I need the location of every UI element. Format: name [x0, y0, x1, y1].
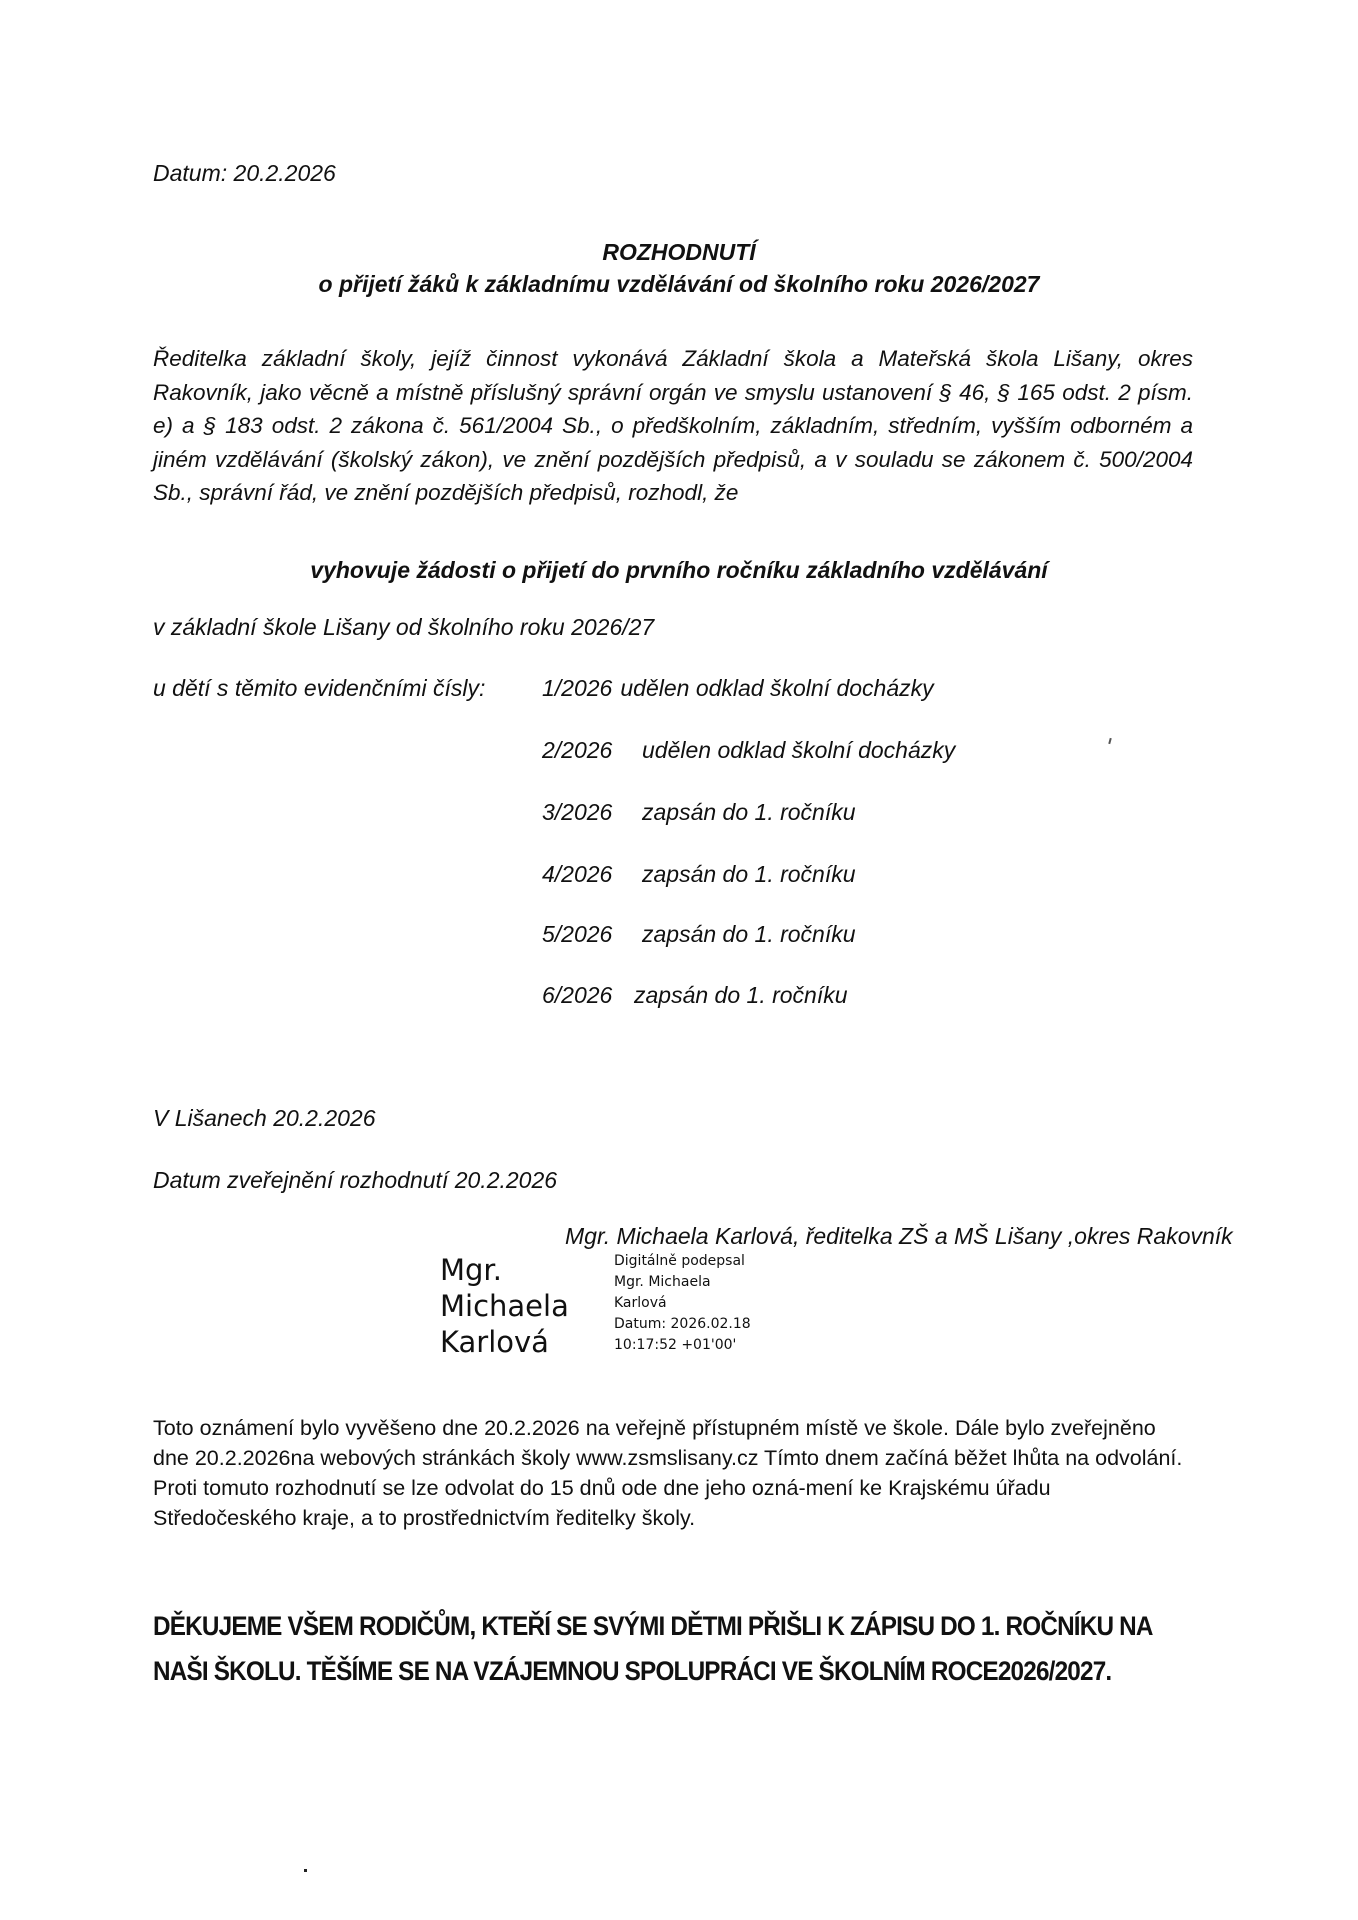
evidence-number: 4/2026: [542, 861, 642, 888]
entry-status: udělen odklad školní docházky: [620, 675, 933, 701]
thanks-message: DĚKUJEME VŠEM RODIČŮM, KTEŘÍ SE SVÝMI DĚ…: [153, 1604, 1197, 1694]
signature-name-line: Karlová: [440, 1324, 569, 1360]
evidence-number: 1/2026: [542, 675, 612, 702]
child-entry: 4/2026zapsán do 1. ročníku: [542, 861, 856, 888]
signature-name: Mgr. Michaela Karlová: [440, 1252, 569, 1360]
child-entry: 1/2026udělen odklad školní docházky: [542, 675, 934, 702]
entry-status: zapsán do 1. ročníku: [642, 799, 856, 825]
document-subtitle: o přijetí žáků k základnímu vzdělávání o…: [140, 271, 1218, 298]
decision-statement: vyhovuje žádosti o přijetí do prvního ro…: [140, 557, 1218, 584]
document-title: ROZHODNUTÍ: [0, 239, 1358, 266]
place-date: V Lišanech 20.2.2026: [153, 1105, 376, 1132]
entry-status: zapsán do 1. ročníku: [642, 921, 856, 947]
intro-paragraph: Ředitelka základní školy, jejíž činnost …: [153, 342, 1193, 510]
child-entry: 2/2026udělen odklad školní docházky: [542, 737, 955, 764]
scan-speck: [304, 1869, 307, 1872]
evidence-number: 2/2026: [542, 737, 642, 764]
school-line: v základní škole Lišany od školního roku…: [153, 614, 654, 641]
publication-date: Datum zveřejnění rozhodnutí 20.2.2026: [153, 1167, 557, 1194]
signature-detail-line: Datum: 2026.02.18: [614, 1314, 751, 1335]
child-entry: 6/2026zapsán do 1. ročníku: [542, 982, 848, 1009]
signature-name-line: Mgr.: [440, 1252, 569, 1288]
entry-status: udělen odklad školní docházky: [642, 737, 955, 763]
signature-detail-line: Digitálně podepsal: [614, 1251, 751, 1272]
notice-paragraph: Toto oznámení bylo vyvěšeno dne 20.2.202…: [153, 1413, 1193, 1533]
scan-mark: [1108, 738, 1111, 744]
child-entry: 5/2026zapsán do 1. ročníku: [542, 921, 856, 948]
entry-status: zapsán do 1. ročníku: [642, 861, 856, 887]
signature-name-line: Michaela: [440, 1288, 569, 1324]
evidence-number: 5/2026: [542, 921, 642, 948]
signature-details: Digitálně podepsal Mgr. Michaela Karlová…: [614, 1251, 751, 1356]
entry-status: zapsán do 1. ročníku: [634, 982, 848, 1008]
signature-detail-line: Mgr. Michaela: [614, 1272, 751, 1293]
document-date: Datum: 20.2.2026: [153, 160, 336, 187]
child-entry: 3/2026zapsán do 1. ročníku: [542, 799, 856, 826]
signer-line: Mgr. Michaela Karlová, ředitelka ZŠ a MŠ…: [565, 1223, 1233, 1250]
children-lead: u dětí s těmito evidenčními čísly:: [153, 675, 485, 702]
evidence-number: 6/2026: [542, 982, 634, 1009]
signature-detail-line: Karlová: [614, 1293, 751, 1314]
evidence-number: 3/2026: [542, 799, 642, 826]
signature-detail-line: 10:17:52 +01'00': [614, 1335, 751, 1356]
